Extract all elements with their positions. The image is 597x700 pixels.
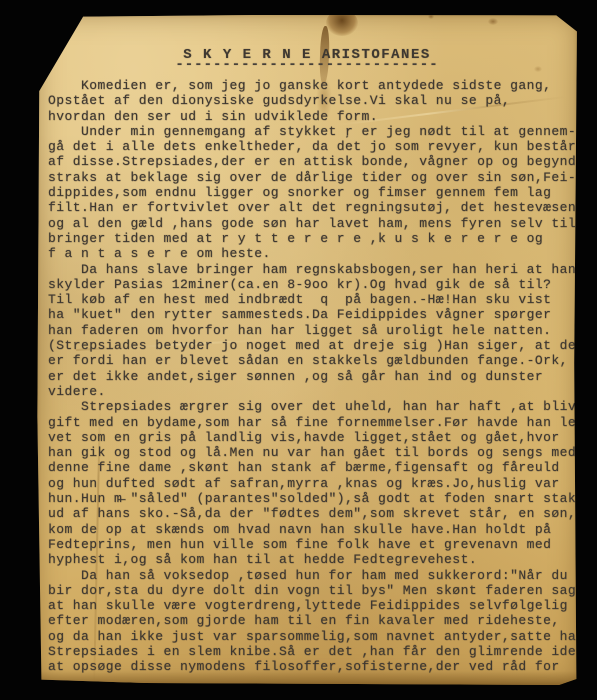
title-underline: ---------------------------- [36, 57, 578, 73]
text-line: (Strepsiades betyder jo noget med at dre… [48, 338, 578, 353]
text-line: og al den gæld ,hans gode søn har lavet … [48, 216, 578, 231]
text-line: vet som en gris på landlig vis,havde lig… [48, 430, 578, 445]
text-line: f a n t a s e r e om heste. [48, 246, 578, 261]
text-line: hvordan den ser ud i sin udviklede form. [48, 109, 578, 124]
text-line: er fordi han er blevet sådan en stakkels… [48, 353, 578, 368]
text-line: hyphest i,og så kom han til at hedde Fed… [48, 552, 578, 567]
paper-spot [428, 14, 434, 19]
text-line: Opstået af den dionysiske gudsdyrkelse.V… [48, 93, 578, 108]
text-line: Komedien er, som jeg jo ganske kort anty… [48, 78, 578, 93]
text-line: og da han ikke just var sparsommelig,som… [48, 629, 578, 644]
text-line: bir dor,sta du dyre dolt din vogn til by… [48, 583, 578, 598]
text-line: Fedteprins, men hun ville som fine folk … [48, 537, 578, 552]
ink-stain [326, 14, 358, 36]
document-body: Komedien er, som jeg jo ganske kort anty… [48, 78, 578, 685]
text-line: gift med en bydame,som har så fine forne… [48, 415, 578, 430]
scanned-document-view: S K Y E R N E ARISTOFANES --------------… [0, 0, 597, 700]
text-line: Strepsiades ærgrer sig over det uheld, h… [48, 399, 578, 414]
text-line: Strepsiades i en slem knibe.Så er det ,h… [48, 644, 578, 659]
text-line: skylder Pasias 12miner(ca.en 8-9oo kr).O… [48, 277, 578, 292]
text-line: Under min gennemgang af stykket ŗ er jeg… [48, 124, 578, 139]
text-line: denne fine dame ,skønt han stank af bærm… [48, 460, 578, 475]
text-line: at opsøge disse nymodens filosoffer,sofi… [48, 659, 578, 674]
text-line: ud af hans sko.-Så,da der "fødtes dem",s… [48, 506, 578, 521]
text-line: dippides,som endnu ligger og snorker og … [48, 185, 578, 200]
text-line: af disse.Strepsiades,der er en attisk bo… [48, 154, 578, 169]
text-line: hun.Hun m̶ "såled" (parantes"solded"),så… [48, 491, 578, 506]
paper-sheet: S K Y E R N E ARISTOFANES --------------… [36, 14, 578, 685]
text-line: videre. [48, 384, 578, 399]
text-line: bringer tiden med at r y t t e r e r e ,… [48, 231, 578, 246]
paper-spot [488, 18, 498, 25]
text-line: kom de op at skænds om hvad navn han sku… [48, 522, 578, 537]
text-line: han gik og stod og lå.Men nu var han gåe… [48, 445, 578, 460]
text-line: at han skulle være vogterdreng,lyttede F… [48, 598, 578, 613]
text-line: filt.Han er fortvivlet over alt det regn… [48, 200, 578, 215]
text-line: han faderen om hvorfor han har ligget så… [48, 323, 578, 338]
text-line: straks at beklage sig over de dårlige ti… [48, 170, 578, 185]
text-line: Til køb af en hest med indbrædt q på bag… [48, 292, 578, 307]
text-line: og hun dufted sødt af safran,myrra ,knas… [48, 476, 578, 491]
text-line: gå det i alle dets enkeltheder, da det j… [48, 139, 578, 154]
text-line: Da hans slave bringer ham regnskabsbogen… [48, 262, 578, 277]
text-line: er det ikke andet,siger sønnen ,og så gå… [48, 369, 578, 384]
text-line: Da han så voksedop ,tøsed hun for ham me… [48, 568, 578, 583]
text-line: ha "kuet" den rytter sammesteds.Da Feidi… [48, 307, 578, 322]
text-line: efter modæren,som gjorde ham til en fin … [48, 613, 578, 628]
